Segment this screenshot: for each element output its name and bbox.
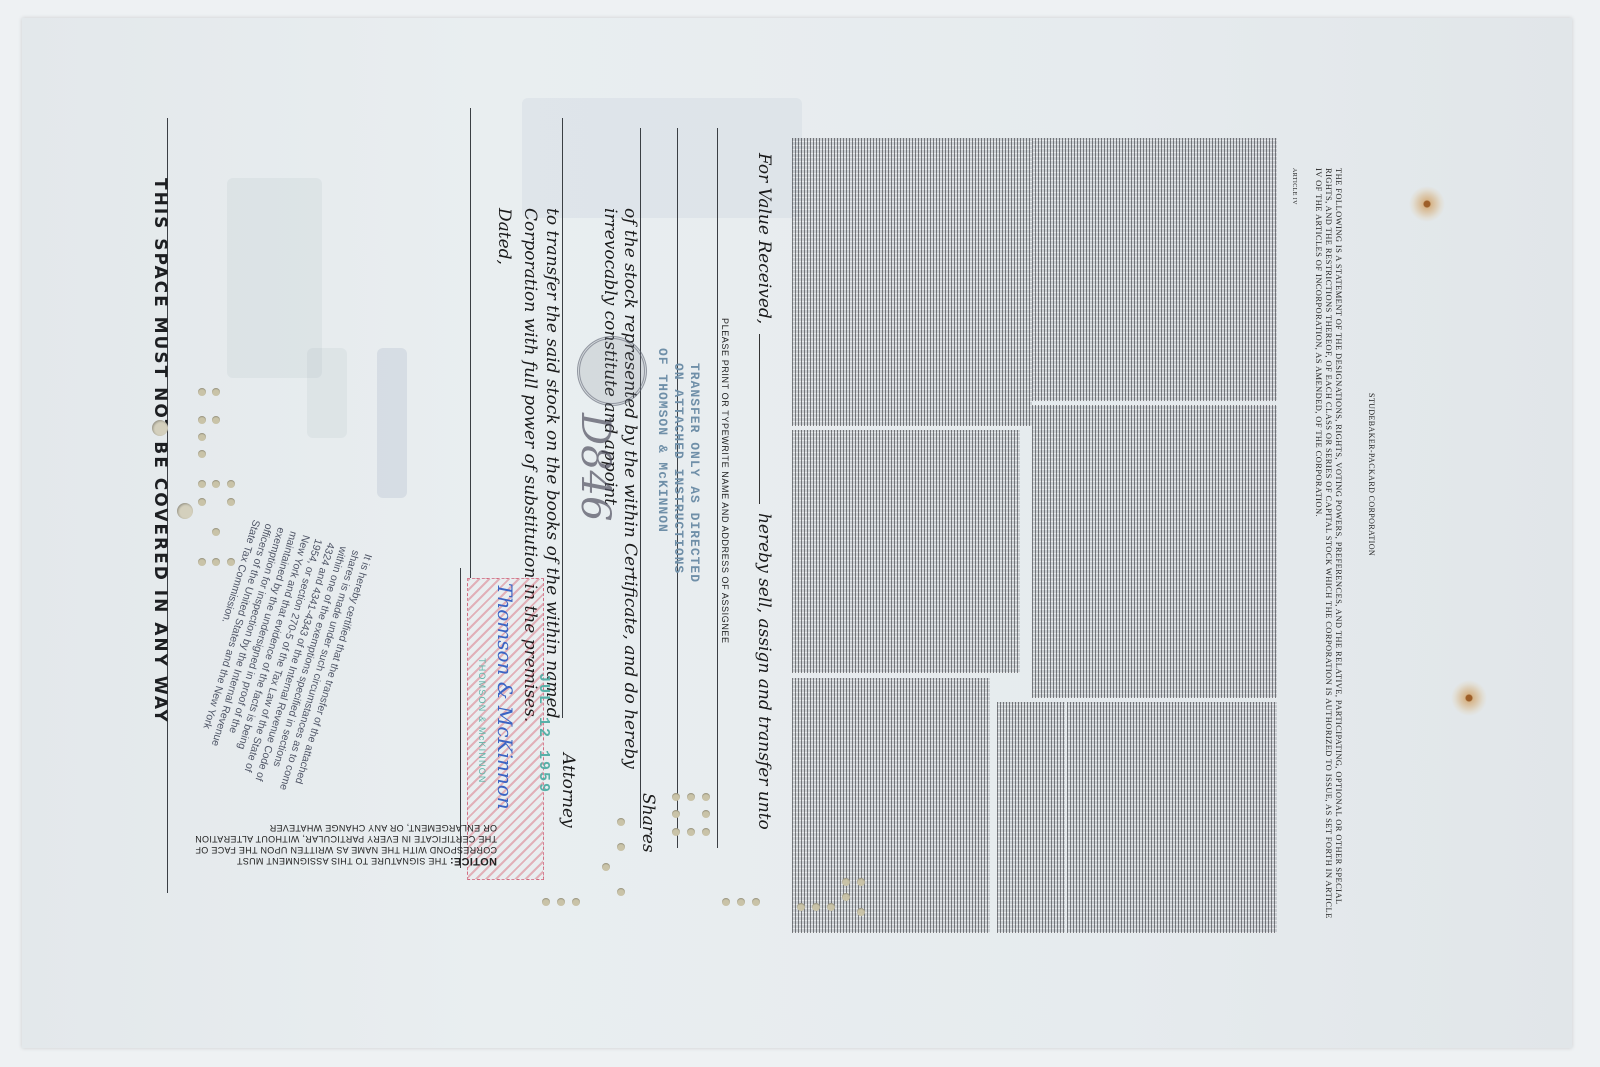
perforation <box>797 903 805 911</box>
assignee-line-1 <box>717 128 718 848</box>
perforation <box>198 558 206 566</box>
perforation <box>752 898 760 906</box>
show-through-title <box>307 348 347 438</box>
perforation <box>198 388 206 396</box>
statement-column-7 <box>1067 702 1277 933</box>
statement-column-2 <box>1032 138 1277 401</box>
firm-signature: Thomson & McKinnon <box>493 583 517 810</box>
typed-instruction-1: TRANSFER ONLY AS DIRECTED <box>687 363 702 583</box>
dated-label: Dated, <box>494 208 514 265</box>
for-value-received: For Value Received, hereby sell, assign … <box>754 153 774 830</box>
perforation <box>227 558 235 566</box>
perforation <box>672 828 680 836</box>
article-label: ARTICLE IV <box>1291 168 1297 205</box>
perforation <box>617 818 625 826</box>
perforation <box>857 908 865 916</box>
tax-exemption-stamp: It is hereby certified that the transfer… <box>176 518 374 795</box>
perforation <box>702 828 710 836</box>
perforation <box>198 480 206 488</box>
statement-column-3 <box>792 430 1020 673</box>
transfer-stock-line: to transfer the said stock on the books … <box>542 208 562 718</box>
perforation <box>212 416 220 424</box>
perforation <box>542 898 550 906</box>
show-through-banner <box>377 348 407 498</box>
perforation <box>812 903 820 911</box>
statement-column-4 <box>1032 405 1277 698</box>
perforation <box>617 843 625 851</box>
perforation <box>702 810 710 818</box>
perforation <box>702 793 710 801</box>
perforation <box>198 433 206 441</box>
perforation <box>722 898 730 906</box>
notice-block: NOTICE: THE SIGNATURE TO THIS ASSIGNMENT… <box>195 822 497 866</box>
perforation <box>212 388 220 396</box>
perforation <box>212 528 220 536</box>
show-through-vignette <box>227 178 322 378</box>
assignee-line-3 <box>640 128 641 828</box>
rust-stain-bottom <box>1447 673 1491 723</box>
pencil-note: D846 <box>572 413 618 521</box>
dated-line <box>470 108 471 578</box>
rust-stain-top <box>1409 186 1445 222</box>
firm-stamp: THOMSON & McKINNON <box>477 658 487 784</box>
perforation <box>857 878 865 886</box>
perforation <box>198 498 206 506</box>
perforation <box>672 810 680 818</box>
date-stamp: JUL 12 1959 <box>535 673 552 794</box>
perforation <box>687 793 695 801</box>
attorney-line <box>562 118 563 718</box>
perforation <box>227 498 235 506</box>
perforation <box>557 898 565 906</box>
perforation <box>572 898 580 906</box>
assignee-caption: PLEASE PRINT OR TYPEWRITE NAME AND ADDRE… <box>720 318 730 644</box>
perforation <box>617 888 625 896</box>
perforation <box>737 898 745 906</box>
statement-column-6 <box>997 702 1065 933</box>
perforation <box>687 828 695 836</box>
statement-column-5 <box>792 678 990 933</box>
shares-label: Shares <box>638 793 658 853</box>
perforation <box>602 863 610 871</box>
certificate-sheet: THIS SPACE MUST NOT BE COVERED IN ANY WA… <box>22 18 1572 1048</box>
perforation <box>672 793 680 801</box>
punch-hole <box>177 503 193 519</box>
perforation <box>227 480 235 488</box>
perforation <box>212 480 220 488</box>
punch-hole <box>152 420 168 436</box>
typed-instruction-2: ON ATTACHED INSTRUCTIONS <box>671 363 686 574</box>
stock-represented-line: of the stock represented by the within C… <box>620 208 640 769</box>
issuer-name: STUDEBAKER-PACKARD CORPORATION <box>1367 393 1376 556</box>
perforation <box>198 416 206 424</box>
perforation <box>842 893 850 901</box>
perforation <box>198 450 206 458</box>
typed-instruction-3: OF THOMSON & McKINNON <box>655 348 670 533</box>
margin-warning: THIS SPACE MUST NOT BE COVERED IN ANY WA… <box>150 178 170 724</box>
perforation <box>827 903 835 911</box>
attorney-label: Attorney <box>558 753 578 828</box>
perforation <box>842 878 850 886</box>
statement-header: THE FOLLOWING IS A STATEMENT OF THE DESI… <box>1314 168 1344 928</box>
perforation <box>212 558 220 566</box>
statement-column-1 <box>792 138 1032 426</box>
corporate-seal <box>577 336 647 406</box>
